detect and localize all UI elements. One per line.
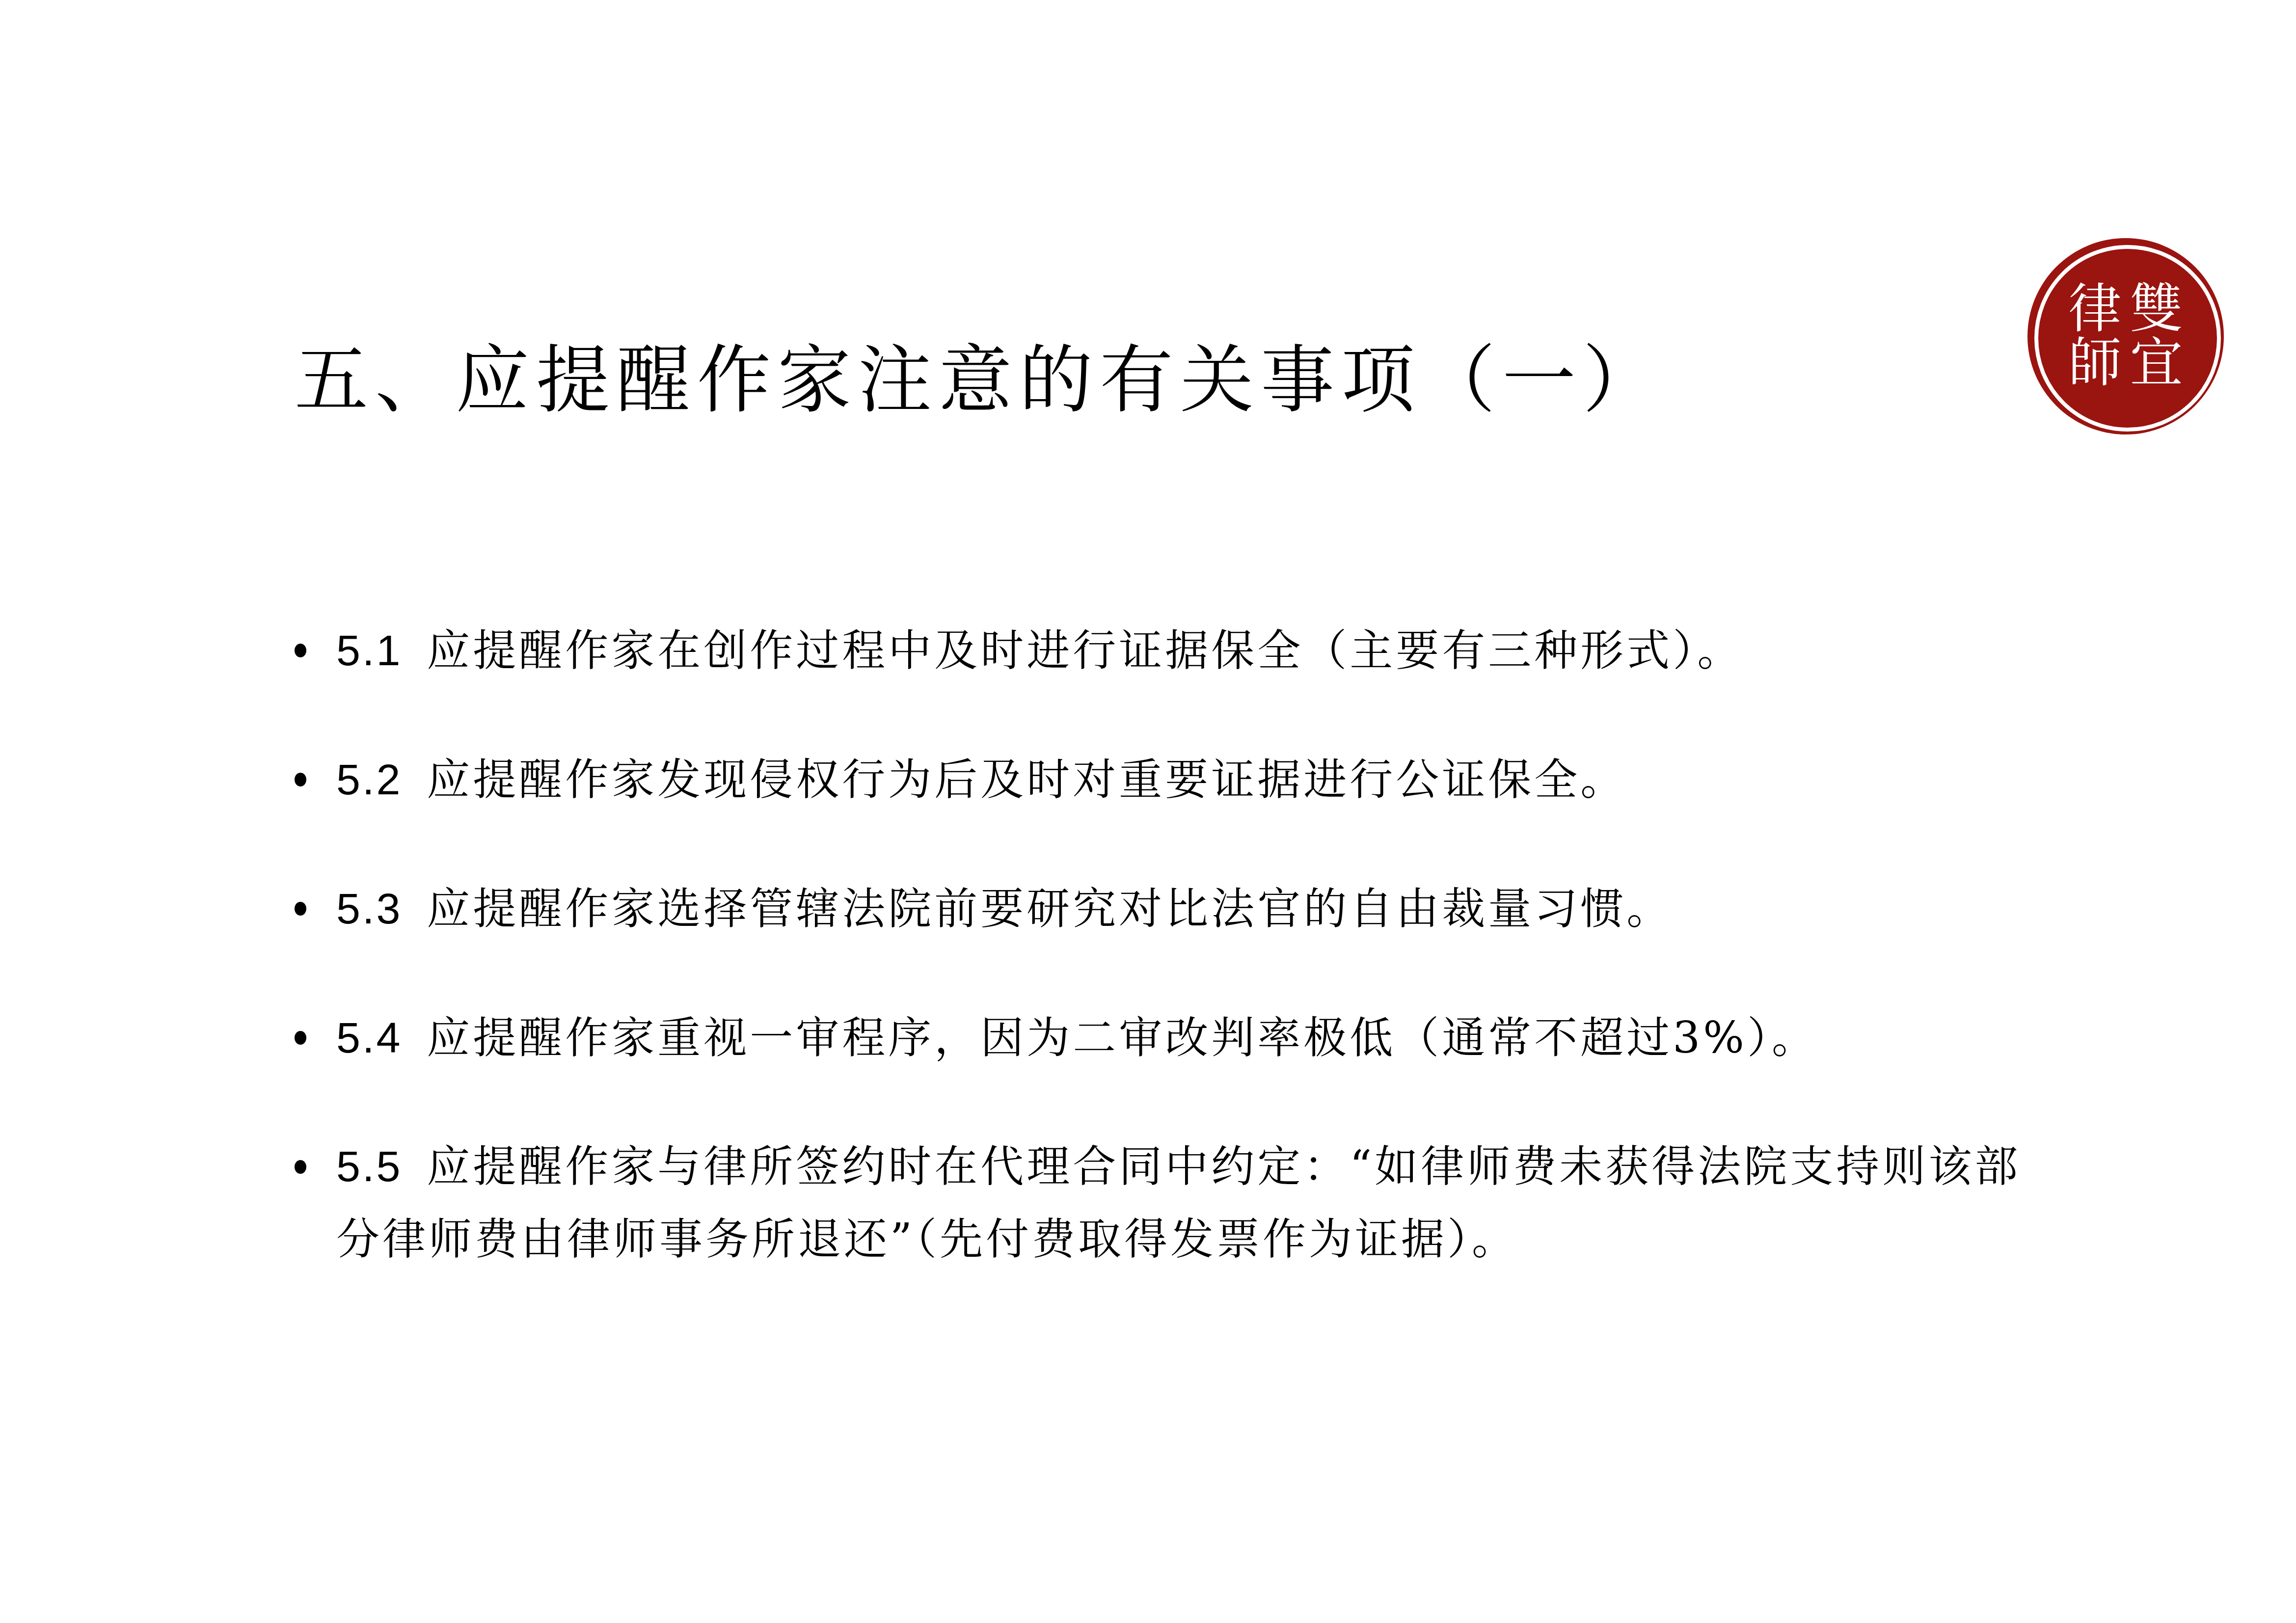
bullet-dot-icon xyxy=(295,644,306,657)
seal-char: 宜 xyxy=(2126,336,2187,390)
bullet-dot-icon xyxy=(295,1031,306,1045)
bullet-number: 5.5 xyxy=(336,1142,402,1190)
bullet-item: 5.1应提醒作家在创作过程中及时进行证据保全（主要有三种形式）。 xyxy=(295,614,2062,687)
bullet-number: 5.1 xyxy=(336,626,402,675)
bullet-text: 应提醒作家与律所签约时在代理合同中约定：“如律师费未获得法院支持则该部分律师费由… xyxy=(336,1141,2021,1264)
bullet-number: 5.2 xyxy=(336,755,402,804)
seal-char: 師 xyxy=(2064,336,2126,390)
bullet-dot-icon xyxy=(295,773,306,786)
bullet-text: 应提醒作家选择管辖法院前要研究对比法官的自由裁量习惯。 xyxy=(427,883,1673,934)
bullet-item: 5.5应提醒作家与律所签约时在代理合同中约定：“如律师费未获得法院支持则该部分律… xyxy=(295,1130,2062,1275)
slide-title: 五、应提醒作家注意的有关事项（一） xyxy=(295,344,1663,417)
bullet-item: 5.4应提醒作家重视一审程序，因为二审改判率极低（通常不超过3%）。 xyxy=(295,1001,2062,1075)
seal-char: 雙 xyxy=(2126,282,2187,336)
seal-char: 律 xyxy=(2064,282,2126,336)
bullet-number: 5.4 xyxy=(336,1013,402,1062)
bullet-dot-icon xyxy=(295,1160,306,1174)
bullet-number: 5.3 xyxy=(336,884,402,933)
slide: 五、应提醒作家注意的有关事项（一） 律 雙 師 宜 5.1应提醒作家在创作过程中… xyxy=(0,0,2296,1623)
seal-logo-icon: 律 雙 師 宜 xyxy=(2027,238,2224,434)
bullet-item: 5.2应提醒作家发现侵权行为后及时对重要证据进行公证保全。 xyxy=(295,743,2062,816)
bullet-text: 应提醒作家发现侵权行为后及时对重要证据进行公证保全。 xyxy=(427,754,1626,805)
bullet-item: 5.3应提醒作家选择管辖法院前要研究对比法官的自由裁量习惯。 xyxy=(295,872,2062,946)
bullet-text: 应提醒作家重视一审程序，因为二审改判率极低（通常不超过3%）。 xyxy=(427,1012,1818,1063)
bullet-dot-icon xyxy=(295,902,306,916)
seal-characters: 律 雙 師 宜 xyxy=(2064,282,2187,390)
bullet-text: 应提醒作家在创作过程中及时进行证据保全（主要有三种形式）。 xyxy=(427,625,1743,676)
bullet-list: 5.1应提醒作家在创作过程中及时进行证据保全（主要有三种形式）。 5.2应提醒作… xyxy=(295,614,2062,1331)
